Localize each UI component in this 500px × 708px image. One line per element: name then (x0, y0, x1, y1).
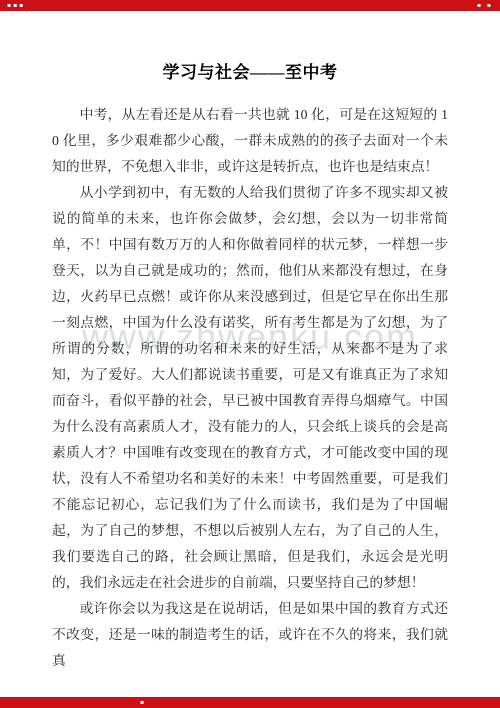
paragraph-1: 中考，从左看还是从右看一共也就 10 化，可是在这短短的 10 化里，多少艰难都… (52, 102, 448, 180)
paragraph-2: 从小学到初中，有无数的人给我们贯彻了许多不现实却又被说的简单的未来，也许你会做梦… (52, 180, 448, 596)
viewer-top-bar: ▪▪▪ ▪ ▪ (0, 0, 500, 11)
viewer-bottombar-icon: ▪ (140, 698, 146, 707)
document-title: 学习与社会——至中考 (52, 60, 448, 86)
document-page: ▪▪▪ ▪ ▪ www.zhwenku.com 学习与社会——至中考 中考，从左… (0, 0, 500, 708)
viewer-controls-icon[interactable]: ▪ ▪ (477, 1, 493, 10)
paragraph-3: 或许你会以为我这是在说胡话，但是如果中国的教育方式还不改变，还是一味的制造考生的… (52, 596, 448, 674)
viewer-logo-icon: ▪▪▪ (7, 1, 25, 10)
viewer-bottom-bar: ▪ (0, 697, 500, 708)
document-content: 学习与社会——至中考 中考，从左看还是从右看一共也就 10 化，可是在这短短的 … (0, 0, 500, 674)
